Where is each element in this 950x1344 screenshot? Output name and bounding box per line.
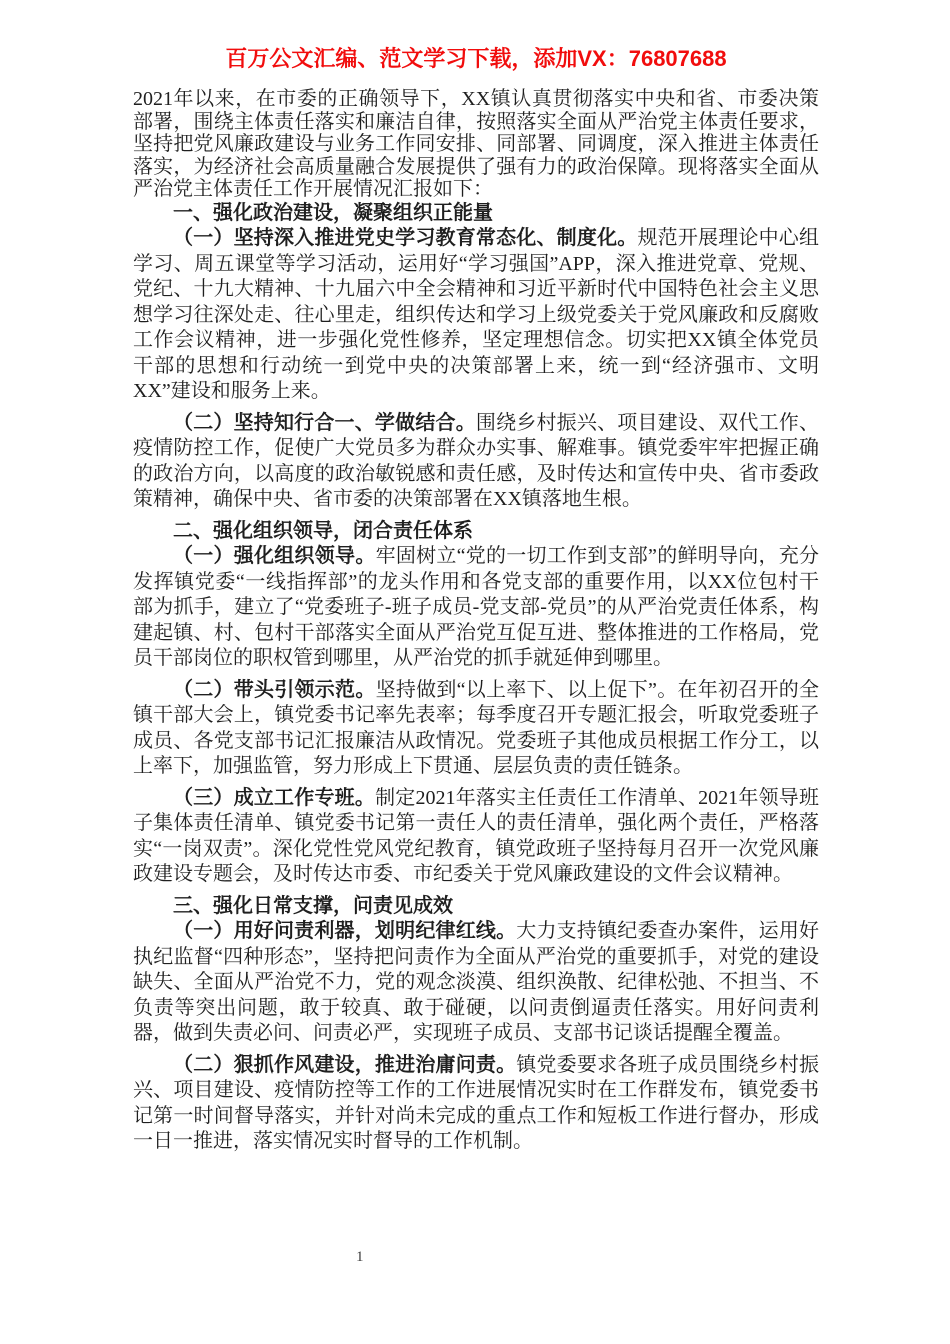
body-paragraph: （二）狠抓作风建设，推进治庸问责。镇党委要求各班子成员围绕乡村振兴、项目建设、疫… (133, 1053, 819, 1155)
paragraph-text: 规范开展理论中心组学习、周五课堂等学习活动，运用好“学习强国”APP，深入推进党… (133, 227, 819, 402)
body-paragraph: （三）成立工作专班。制定2021年落实主任责任工作清单、2021年领导班子集体责… (133, 786, 819, 888)
document-body: 2021年以来，在市委的正确领导下，XX镇认真贯彻落实中央和省、市委决策部署，围… (133, 88, 819, 1161)
promo-header-text: 百万公文汇编、范文学习下载，添加VX：76807688 (225, 46, 726, 71)
paragraph-lead: （二）坚持知行合一、学做结合。 (173, 412, 476, 434)
body-paragraph: （一）用好问责利器，划明纪律红线。大力支持镇纪委查办案件，运用好执纪监督“四种形… (133, 919, 819, 1047)
promo-header: 百万公文汇编、范文学习下载，添加VX：76807688 (120, 44, 832, 74)
paragraph-lead: （一）强化组织领导。 (173, 545, 376, 567)
paragraph-lead: （一）坚持深入推进党史学习教育常态化、制度化。 (173, 227, 637, 249)
paragraph-text: 2021年以来，在市委的正确领导下，XX镇认真贯彻落实中央和省、市委决策部署，围… (133, 88, 819, 200)
intro-paragraph: 2021年以来，在市委的正确领导下，XX镇认真贯彻落实中央和省、市委决策部署，围… (133, 88, 819, 201)
heading-text: 三、强化日常支撑，问责见成效 (173, 895, 453, 917)
paragraph-lead: （二）狠抓作风建设，推进治庸问责。 (173, 1054, 516, 1076)
body-paragraph: （二）坚持知行合一、学做结合。围绕乡村振兴、项目建设、双代工作、疫情防控工作，促… (133, 411, 819, 513)
section-heading-1: 一、强化政治建设，凝聚组织正能量 (133, 201, 819, 227)
paragraph-lead: （一）用好问责利器，划明纪律红线。 (173, 920, 516, 942)
page-number: 1 (356, 1247, 364, 1267)
body-paragraph: （二）带头引领示范。坚持做到“以上率下、以上促下”。在年初召开的全镇干部大会上，… (133, 678, 819, 780)
section-heading-3: 三、强化日常支撑，问责见成效 (133, 894, 819, 920)
body-paragraph: （一）强化组织领导。牢固树立“党的一切工作到支部”的鲜明导向，充分发挥镇党委“一… (133, 544, 819, 672)
body-paragraph: （一）坚持深入推进党史学习教育常态化、制度化。规范开展理论中心组学习、周五课堂等… (133, 226, 819, 405)
heading-text: 一、强化政治建设，凝聚组织正能量 (173, 202, 493, 224)
section-heading-2: 二、强化组织领导，闭合责任体系 (133, 519, 819, 545)
paragraph-lead: （二）带头引领示范。 (173, 679, 376, 701)
heading-text: 二、强化组织领导，闭合责任体系 (173, 520, 473, 542)
paragraph-lead: （三）成立工作专班。 (173, 787, 375, 809)
